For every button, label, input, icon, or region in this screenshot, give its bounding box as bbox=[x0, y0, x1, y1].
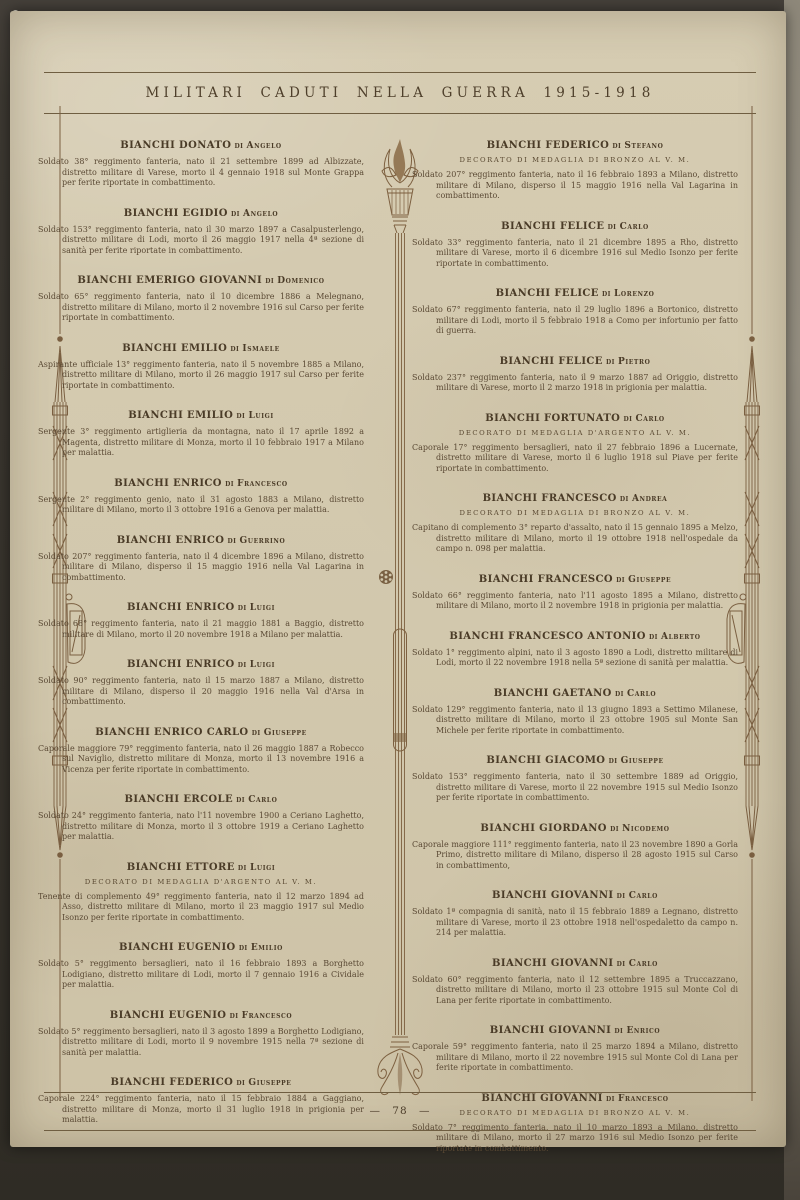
soldier-name-heading: BIANCHI EMILIO di Ismaele bbox=[38, 342, 364, 355]
soldier-record-text: Sergente 2° reggimento genio, nato il 31… bbox=[38, 495, 364, 516]
patronymic-connector: di bbox=[262, 275, 277, 285]
soldier-name-heading: BIANCHI GIACOMO di Giuseppe bbox=[412, 754, 738, 767]
right-column: BIANCHI FEDERICO di StefanoDECORATO DI M… bbox=[412, 139, 738, 1172]
soldier-record-text: Soldato 153° reggimento fanteria, nato i… bbox=[412, 772, 738, 804]
soldier-name-heading: BIANCHI FORTUNATO di Carlo bbox=[412, 412, 738, 425]
soldier-record-text: Soldato 237° reggimento fanteria, nato i… bbox=[412, 373, 738, 394]
soldier-name-heading: BIANCHI FRANCESCO di Andrea bbox=[412, 492, 738, 505]
soldier-entry: BIANCHI FRANCESCO di AndreaDECORATO DI M… bbox=[412, 492, 738, 555]
patronymic-connector: di bbox=[617, 493, 632, 503]
soldier-record-text: Capitano di complemento 3° reparto d'ass… bbox=[412, 523, 738, 555]
soldier-record-text: Soldato 68° reggimento fanteria, nato il… bbox=[38, 619, 364, 640]
patronymic-connector: di bbox=[646, 631, 661, 641]
patronymic-connector: di bbox=[226, 1010, 241, 1020]
soldier-name-heading: BIANCHI EMILIO di Luigi bbox=[38, 409, 364, 422]
soldier-record-text: Soldato 67° reggimento fanteria, nato il… bbox=[412, 305, 738, 337]
soldier-entry: BIANCHI ENRICO di GuerrinoSoldato 207° r… bbox=[38, 534, 364, 584]
father-name: Francesco bbox=[242, 1011, 293, 1021]
soldier-name-heading: BIANCHI ENRICO di Francesco bbox=[38, 477, 364, 490]
soldier-surname-givenname: BIANCHI FORTUNATO bbox=[485, 413, 620, 424]
patronymic-connector: di bbox=[611, 1025, 626, 1035]
father-name: Giuseppe bbox=[621, 756, 664, 766]
patronymic-connector: di bbox=[604, 221, 619, 231]
soldier-record-text: Soldato 66° reggimento fanteria, nato l'… bbox=[412, 591, 738, 612]
soldier-name-heading: BIANCHI ETTORE di Luigi bbox=[38, 861, 364, 874]
soldier-entry: BIANCHI GIOVANNI di CarloSoldato 60° reg… bbox=[412, 957, 738, 1007]
soldier-entry: BIANCHI GAETANO di CarloSoldato 129° reg… bbox=[412, 687, 738, 737]
soldier-record-text: Soldato 65° reggimento fanteria, nato il… bbox=[38, 292, 364, 324]
left-column: BIANCHI DONATO di AngeloSoldato 38° regg… bbox=[38, 139, 364, 1144]
father-name: Carlo bbox=[620, 222, 649, 232]
soldier-entry: BIANCHI EMERIGO GIOVANNI di DomenicoSold… bbox=[38, 274, 364, 324]
soldier-surname-givenname: BIANCHI ENRICO bbox=[114, 478, 222, 489]
father-name: Domenico bbox=[277, 276, 324, 286]
patronymic-connector: di bbox=[233, 794, 248, 804]
page-header-band: MILITARI CADUTI NELLA GUERRA 1915-1918 bbox=[44, 72, 756, 114]
soldier-record-text: Soldato 1° reggimento alpini, nato il 3 … bbox=[412, 648, 738, 669]
soldier-name-heading: BIANCHI FEDERICO di Stefano bbox=[412, 139, 738, 152]
soldier-entry: BIANCHI ETTORE di LuigiDECORATO DI MEDAG… bbox=[38, 861, 364, 924]
father-name: Carlo bbox=[248, 795, 277, 805]
soldier-name-heading: BIANCHI FRANCESCO ANTONIO di Alberto bbox=[412, 630, 738, 643]
soldier-surname-givenname: BIANCHI EMERIGO GIOVANNI bbox=[77, 275, 262, 286]
patronymic-connector: di bbox=[605, 755, 620, 765]
father-name: Carlo bbox=[635, 414, 664, 424]
father-name: Giuseppe bbox=[628, 575, 671, 585]
father-name: Lorenzo bbox=[614, 289, 654, 299]
soldier-surname-givenname: BIANCHI EUGENIO bbox=[110, 1010, 227, 1021]
page-title: MILITARI CADUTI NELLA GUERRA 1915-1918 bbox=[44, 73, 756, 113]
father-name: Guerrino bbox=[240, 536, 286, 546]
book-page-edge bbox=[784, 0, 800, 1200]
soldier-surname-givenname: BIANCHI ERCOLE bbox=[125, 794, 233, 805]
soldier-name-heading: BIANCHI EUGENIO di Emilio bbox=[38, 941, 364, 954]
father-name: Angelo bbox=[243, 209, 278, 219]
patronymic-connector: di bbox=[613, 574, 628, 584]
soldier-name-heading: BIANCHI ENRICO di Luigi bbox=[38, 601, 364, 614]
father-name: Carlo bbox=[629, 891, 658, 901]
soldier-surname-givenname: BIANCHI EMILIO bbox=[128, 410, 233, 421]
medal-decoration-line: DECORATO DI MEDAGLIA DI BRONZO AL V. M. bbox=[412, 509, 738, 518]
soldier-record-text: Soldato 153° reggimento fanteria, nato i… bbox=[38, 225, 364, 257]
soldier-name-heading: BIANCHI FRANCESCO di Giuseppe bbox=[412, 573, 738, 586]
soldier-surname-givenname: BIANCHI ENRICO bbox=[127, 602, 235, 613]
patronymic-connector: di bbox=[599, 288, 614, 298]
father-name: Emilio bbox=[251, 943, 283, 953]
soldier-surname-givenname: BIANCHI ETTORE bbox=[127, 862, 235, 873]
soldier-entry: BIANCHI ERCOLE di CarloSoldato 24° reggi… bbox=[38, 793, 364, 843]
soldier-surname-givenname: BIANCHI FRANCESCO bbox=[479, 574, 613, 585]
patronymic-connector: di bbox=[235, 659, 250, 669]
soldier-surname-givenname: BIANCHI FELICE bbox=[501, 221, 604, 232]
soldier-entry: BIANCHI GIOVANNI di CarloSoldato 1ª comp… bbox=[412, 889, 738, 939]
medal-decoration-line: DECORATO DI MEDAGLIA DI BRONZO AL V. M. bbox=[412, 156, 738, 165]
soldier-name-heading: BIANCHI ENRICO di Guerrino bbox=[38, 534, 364, 547]
soldier-entry: BIANCHI FELICE di LorenzoSoldato 67° reg… bbox=[412, 287, 738, 337]
soldier-entry: BIANCHI GIOVANNI di EnricoCaporale 59° r… bbox=[412, 1024, 738, 1074]
soldier-surname-givenname: BIANCHI EGIDIO bbox=[124, 208, 228, 219]
father-name: Andrea bbox=[632, 494, 668, 504]
soldier-entry: BIANCHI EGIDIO di AngeloSoldato 153° reg… bbox=[38, 207, 364, 257]
soldier-entry: BIANCHI FEDERICO di StefanoDECORATO DI M… bbox=[412, 139, 738, 202]
patronymic-connector: di bbox=[612, 688, 627, 698]
father-name: Nicodemo bbox=[622, 824, 669, 834]
patronymic-connector: di bbox=[236, 942, 251, 952]
soldier-record-text: Caporale maggiore 111° reggimento fanter… bbox=[412, 840, 738, 872]
soldier-name-heading: BIANCHI FELICE di Lorenzo bbox=[412, 287, 738, 300]
soldier-entry: BIANCHI EMILIO di IsmaeleAspirante uffic… bbox=[38, 342, 364, 392]
soldier-surname-givenname: BIANCHI GIACOMO bbox=[486, 755, 605, 766]
soldier-surname-givenname: BIANCHI GIOVANNI bbox=[492, 890, 613, 901]
soldier-entry: BIANCHI ENRICO di FrancescoSergente 2° r… bbox=[38, 477, 364, 516]
father-name: Carlo bbox=[627, 689, 656, 699]
soldier-name-heading: BIANCHI EUGENIO di Francesco bbox=[38, 1009, 364, 1022]
father-name: Luigi bbox=[248, 411, 273, 421]
soldier-record-text: Soldato 5° reggimento bersaglieri, nato … bbox=[38, 1027, 364, 1059]
patronymic-connector: di bbox=[614, 890, 629, 900]
soldier-surname-givenname: BIANCHI EMILIO bbox=[122, 343, 227, 354]
soldier-entry: BIANCHI FRANCESCO ANTONIO di AlbertoSold… bbox=[412, 630, 738, 669]
soldier-name-heading: BIANCHI EGIDIO di Angelo bbox=[38, 207, 364, 220]
soldier-name-heading: BIANCHI ENRICO CARLO di Giuseppe bbox=[38, 726, 364, 739]
soldier-record-text: Soldato 129° reggimento fanteria, nato i… bbox=[412, 705, 738, 737]
soldier-record-text: Tenente di complemento 49° reggimento fa… bbox=[38, 892, 364, 924]
soldier-surname-givenname: BIANCHI FRANCESCO bbox=[483, 493, 617, 504]
father-name: Giuseppe bbox=[248, 1078, 291, 1088]
soldier-entry: BIANCHI FELICE di CarloSoldato 33° reggi… bbox=[412, 220, 738, 270]
father-name: Angelo bbox=[247, 141, 282, 151]
soldier-surname-givenname: BIANCHI DONATO bbox=[120, 140, 231, 151]
soldier-name-heading: BIANCHI FELICE di Carlo bbox=[412, 220, 738, 233]
soldier-name-heading: BIANCHI EMERIGO GIOVANNI di Domenico bbox=[38, 274, 364, 287]
soldier-surname-givenname: BIANCHI FELICE bbox=[496, 288, 599, 299]
patronymic-connector: di bbox=[222, 478, 237, 488]
soldier-record-text: Soldato 60° reggimento fanteria, nato il… bbox=[412, 975, 738, 1007]
soldier-entry: BIANCHI EUGENIO di EmilioSoldato 5° regg… bbox=[38, 941, 364, 991]
soldier-record-text: Aspirante ufficiale 13° reggimento fante… bbox=[38, 360, 364, 392]
father-name: Luigi bbox=[250, 603, 275, 613]
soldier-entry: BIANCHI EUGENIO di FrancescoSoldato 5° r… bbox=[38, 1009, 364, 1059]
soldier-entry: BIANCHI GIORDANO di NicodemoCaporale mag… bbox=[412, 822, 738, 872]
father-name: Giuseppe bbox=[264, 728, 307, 738]
soldier-entry: BIANCHI ENRICO di LuigiSoldato 68° reggi… bbox=[38, 601, 364, 640]
patronymic-connector: di bbox=[235, 602, 250, 612]
father-name: Ismaele bbox=[242, 344, 279, 354]
soldier-surname-givenname: BIANCHI FEDERICO bbox=[487, 140, 610, 151]
soldier-record-text: Soldato 207° reggimento fanteria, nato i… bbox=[412, 170, 738, 202]
soldier-surname-givenname: BIANCHI FELICE bbox=[500, 356, 603, 367]
soldier-surname-givenname: BIANCHI GAETANO bbox=[494, 688, 612, 699]
soldier-surname-givenname: BIANCHI ENRICO CARLO bbox=[95, 727, 248, 738]
soldier-name-heading: BIANCHI GAETANO di Carlo bbox=[412, 687, 738, 700]
soldier-name-heading: BIANCHI ERCOLE di Carlo bbox=[38, 793, 364, 806]
patronymic-connector: di bbox=[227, 343, 242, 353]
soldier-record-text: Caporale 17° reggimento bersaglieri, nat… bbox=[412, 443, 738, 475]
father-name: Stefano bbox=[624, 141, 663, 151]
soldier-surname-givenname: BIANCHI GIOVANNI bbox=[490, 1025, 611, 1036]
father-name: Carlo bbox=[629, 959, 658, 969]
patronymic-connector: di bbox=[233, 1077, 248, 1087]
patronymic-connector: di bbox=[228, 208, 243, 218]
soldier-record-text: Caporale maggiore 79° reggimento fanteri… bbox=[38, 744, 364, 776]
patronymic-connector: di bbox=[231, 140, 246, 150]
patronymic-connector: di bbox=[224, 535, 239, 545]
soldier-surname-givenname: BIANCHI FRANCESCO ANTONIO bbox=[449, 631, 645, 642]
soldier-record-text: Soldato 33° reggimento fanteria, nato il… bbox=[412, 238, 738, 270]
soldier-record-text: Soldato 38° reggimento fanteria, nato il… bbox=[38, 157, 364, 189]
soldier-record-text: Soldato 207° reggimento fanteria, nato i… bbox=[38, 552, 364, 584]
soldier-entry: BIANCHI ENRICO CARLO di GiuseppeCaporale… bbox=[38, 726, 364, 776]
soldier-entry: BIANCHI ENRICO di LuigiSoldato 90° reggi… bbox=[38, 658, 364, 708]
soldier-record-text: Soldato 1ª compagnia di sanità, nato il … bbox=[412, 907, 738, 939]
patronymic-connector: di bbox=[614, 958, 629, 968]
soldier-record-text: Soldato 90° reggimento fanteria, nato il… bbox=[38, 676, 364, 708]
soldier-record-text: Sergente 3° reggimento artiglieria da mo… bbox=[38, 427, 364, 459]
page-footer-band: — 78 — bbox=[44, 1092, 756, 1131]
soldier-record-text: Caporale 59° reggimento fanteria, nato i… bbox=[412, 1042, 738, 1074]
father-name: Luigi bbox=[250, 863, 275, 873]
patronymic-connector: di bbox=[607, 823, 622, 833]
soldier-name-heading: BIANCHI GIORDANO di Nicodemo bbox=[412, 822, 738, 835]
patronymic-connector: di bbox=[603, 356, 618, 366]
soldier-surname-givenname: BIANCHI GIOVANNI bbox=[492, 958, 613, 969]
soldier-entry: BIANCHI GIACOMO di GiuseppeSoldato 153° … bbox=[412, 754, 738, 804]
soldier-name-heading: BIANCHI ENRICO di Luigi bbox=[38, 658, 364, 671]
patronymic-connector: di bbox=[235, 862, 250, 872]
soldier-surname-givenname: BIANCHI GIORDANO bbox=[480, 823, 607, 834]
soldier-surname-givenname: BIANCHI EUGENIO bbox=[119, 942, 236, 953]
soldier-name-heading: BIANCHI FEDERICO di Giuseppe bbox=[38, 1076, 364, 1089]
page-number: — 78 — bbox=[44, 1093, 756, 1130]
medal-decoration-line: DECORATO DI MEDAGLIA D'ARGENTO AL V. M. bbox=[38, 878, 364, 887]
patronymic-connector: di bbox=[620, 413, 635, 423]
soldier-surname-givenname: BIANCHI ENRICO bbox=[127, 659, 235, 670]
soldier-name-heading: BIANCHI GIOVANNI di Carlo bbox=[412, 957, 738, 970]
medal-decoration-line: DECORATO DI MEDAGLIA D'ARGENTO AL V. M. bbox=[412, 429, 738, 438]
soldier-entry: BIANCHI FELICE di PietroSoldato 237° reg… bbox=[412, 355, 738, 394]
father-name: Luigi bbox=[250, 660, 275, 670]
patronymic-connector: di bbox=[233, 410, 248, 420]
father-name: Enrico bbox=[626, 1026, 660, 1036]
patronymic-connector: di bbox=[249, 727, 264, 737]
father-name: Pietro bbox=[618, 357, 650, 367]
soldier-name-heading: BIANCHI FELICE di Pietro bbox=[412, 355, 738, 368]
soldier-entry: BIANCHI EMILIO di LuigiSergente 3° reggi… bbox=[38, 409, 364, 459]
soldier-entry: BIANCHI DONATO di AngeloSoldato 38° regg… bbox=[38, 139, 364, 189]
father-name: Alberto bbox=[661, 632, 701, 642]
soldier-name-heading: BIANCHI DONATO di Angelo bbox=[38, 139, 364, 152]
soldier-surname-givenname: BIANCHI FEDERICO bbox=[111, 1077, 234, 1088]
soldier-surname-givenname: BIANCHI ENRICO bbox=[117, 535, 225, 546]
soldier-record-text: Soldato 24° reggimento fanteria, nato l'… bbox=[38, 811, 364, 843]
soldier-name-heading: BIANCHI GIOVANNI di Carlo bbox=[412, 889, 738, 902]
scanned-book-page: MILITARI CADUTI NELLA GUERRA 1915-1918 bbox=[10, 11, 786, 1147]
soldier-entry: BIANCHI FRANCESCO di GiuseppeSoldato 66°… bbox=[412, 573, 738, 612]
soldier-record-text: Soldato 5° reggimento bersaglieri, nato … bbox=[38, 959, 364, 991]
father-name: Francesco bbox=[237, 479, 288, 489]
patronymic-connector: di bbox=[609, 140, 624, 150]
soldier-name-heading: BIANCHI GIOVANNI di Enrico bbox=[412, 1024, 738, 1037]
soldier-entry: BIANCHI FORTUNATO di CarloDECORATO DI ME… bbox=[412, 412, 738, 475]
